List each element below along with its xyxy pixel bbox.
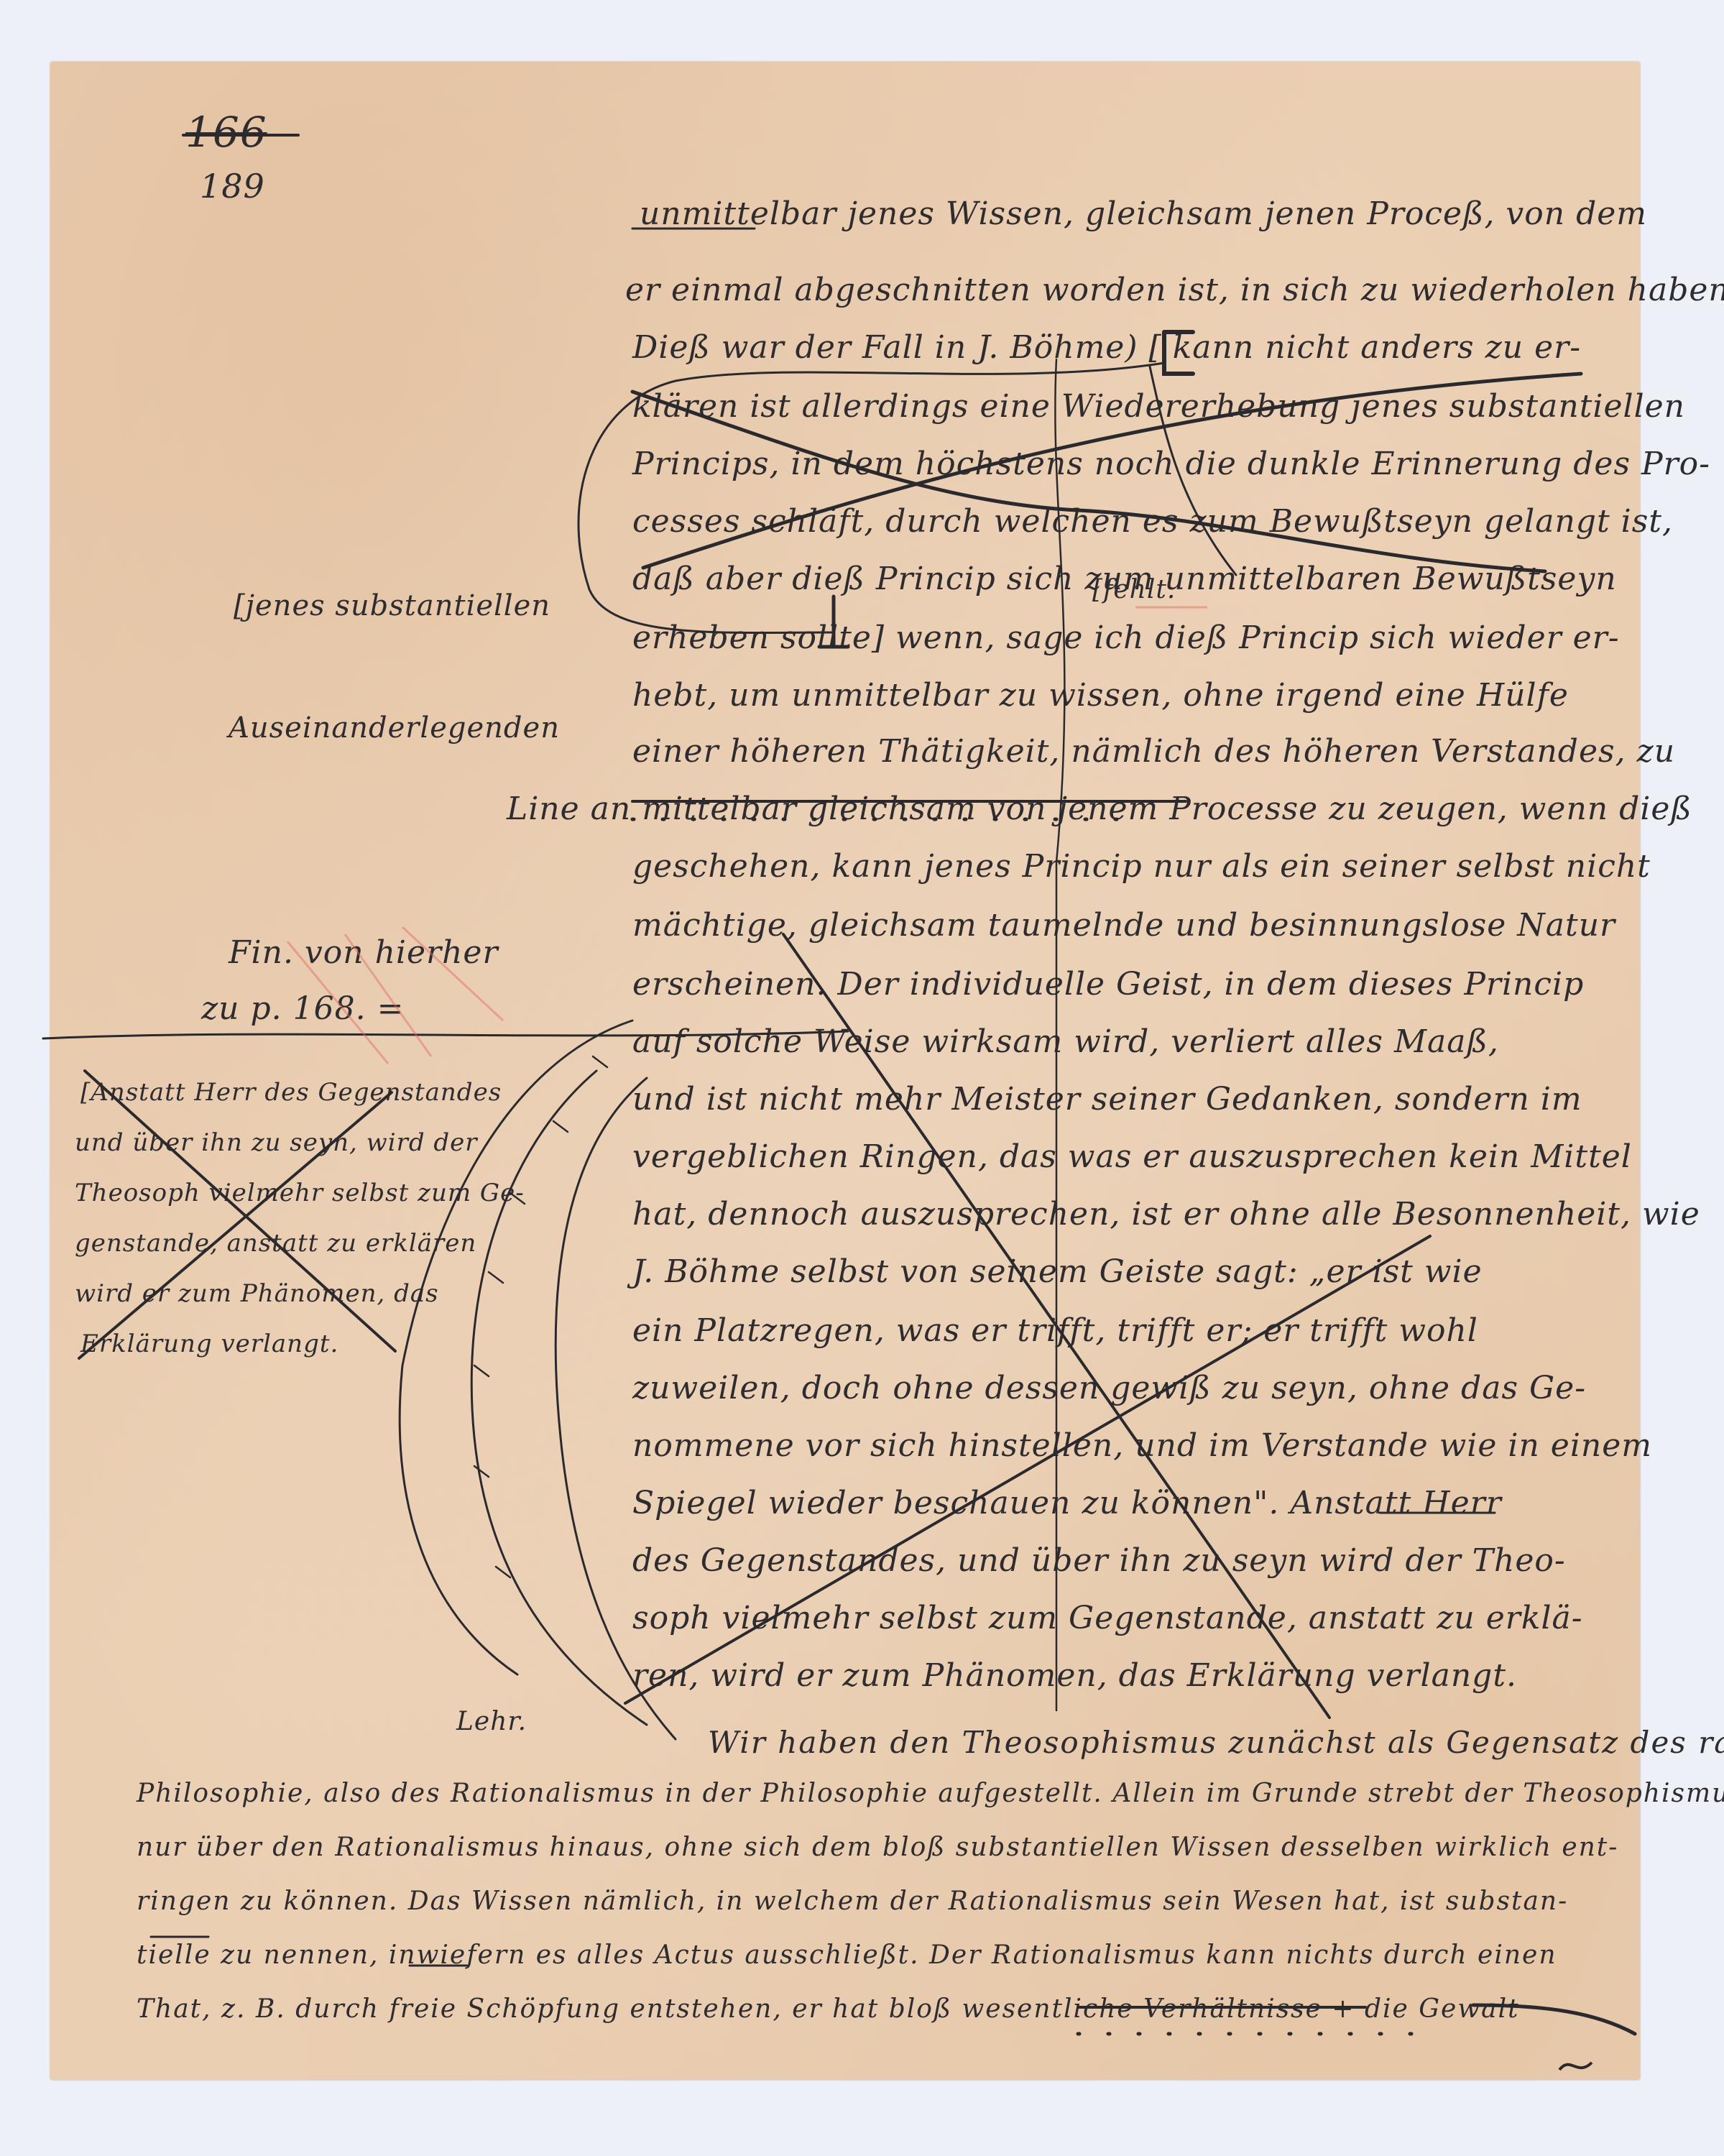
margin-note-fin-page-ref: zu p. 168. =: [201, 990, 404, 1027]
main-line-3: Dieß war der Fall in J. Böhme) [ kann ni…: [632, 329, 1581, 366]
main-line-14: erscheinen. Der individuelle Geist, in d…: [632, 966, 1584, 1003]
main-line-20: ein Platzregen, was er trifft, trifft er…: [632, 1312, 1478, 1349]
lower-line-2: Philosophie, also des Rationalismus in d…: [137, 1779, 1724, 1808]
main-line-17: vergeblichen Ringen, das was er auszuspr…: [632, 1138, 1632, 1175]
main-line-10: einer höheren Thätigkeit, nämlich des hö…: [632, 733, 1675, 770]
main-line-26: ren, wird er zum Phänomen, das Erklärung…: [632, 1657, 1517, 1694]
margin-note-lehr: Lehr.: [456, 1707, 527, 1736]
lower-line-3: nur über den Rationalismus hinaus, ohne …: [137, 1833, 1618, 1862]
crossed-margin-line-5: wird er zum Phänomen, das: [75, 1279, 439, 1308]
lower-line-4: ringen zu können. Das Wissen nämlich, in…: [137, 1886, 1568, 1916]
page-number: 189: [200, 167, 265, 206]
main-line-13: mächtige, gleichsam taumelnde und besinn…: [632, 907, 1615, 944]
main-line-18: hat, dennoch auszusprechen, ist er ohne …: [632, 1196, 1700, 1233]
struck-page-number: 166: [185, 108, 267, 157]
main-line-4: klären ist allerdings eine Wiedererhebun…: [632, 388, 1685, 425]
lower-line-6: That, z. B. durch freie Schöpfung entste…: [137, 1994, 1520, 2024]
main-line-5: Princips, in dem höchstens noch die dunk…: [632, 446, 1710, 482]
margin-note-auseinander: Auseinanderlegenden: [229, 711, 560, 745]
margin-note-fin: Fin. von hierher: [229, 934, 498, 971]
main-line-8: erheben sollte] wenn, sage ich dieß Prin…: [632, 619, 1620, 656]
main-line-9: hebt, um unmittelbar zu wissen, ohne irg…: [632, 677, 1569, 714]
main-line-11: Line an mittelbar gleichsam von jenem Pr…: [507, 791, 1692, 827]
margin-note-fehlt: [fehlt.: [1092, 575, 1176, 604]
crossed-margin-line-1: [Anstatt Herr des Gegenstandes: [80, 1078, 502, 1107]
margin-note-substantielle: [jenes substantiellen: [234, 589, 550, 622]
main-line-24: des Gegenstandes, und über ihn zu seyn w…: [632, 1542, 1566, 1579]
crossed-margin-line-2: und über ihn zu seyn, wird der: [75, 1128, 478, 1157]
main-line-2: er einmal abgeschnitten worden ist, in s…: [625, 272, 1724, 308]
crossed-margin-line-4: genstande, anstatt zu erklären: [75, 1229, 476, 1258]
lower-line-1: Wir haben den Theosophismus zunächst als…: [708, 1725, 1724, 1760]
main-line-6: cesses schläft, durch welchen es zum Bew…: [632, 503, 1673, 540]
crossed-margin-line-6: Erklärung verlangt.: [80, 1330, 338, 1358]
main-line-12: geschehen, kann jenes Princip nur als ei…: [632, 848, 1651, 885]
main-line-21: zuweilen, doch ohne dessen gewiß zu seyn…: [632, 1370, 1586, 1406]
main-line-1: unmittelbar jenes Wissen, gleichsam jene…: [640, 195, 1647, 232]
main-line-19: J. Böhme selbst von seinem Geiste sagt: …: [632, 1253, 1483, 1290]
lower-line-5: tielle zu nennen, inwiefern es alles Act…: [137, 1940, 1557, 1970]
main-line-23: Spiegel wieder beschauen zu können". Ans…: [632, 1485, 1502, 1521]
main-line-25: soph vielmehr selbst zum Gegenstande, an…: [632, 1600, 1583, 1636]
main-line-16: und ist nicht mehr Meister seiner Gedank…: [632, 1081, 1582, 1118]
crossed-margin-line-3: Theosoph vielmehr selbst zum Ge-: [75, 1179, 525, 1207]
main-line-15: auf solche Weise wirksam wird, verliert …: [632, 1023, 1499, 1060]
main-line-22: nommene vor sich hinstellen, und im Vers…: [632, 1427, 1652, 1464]
